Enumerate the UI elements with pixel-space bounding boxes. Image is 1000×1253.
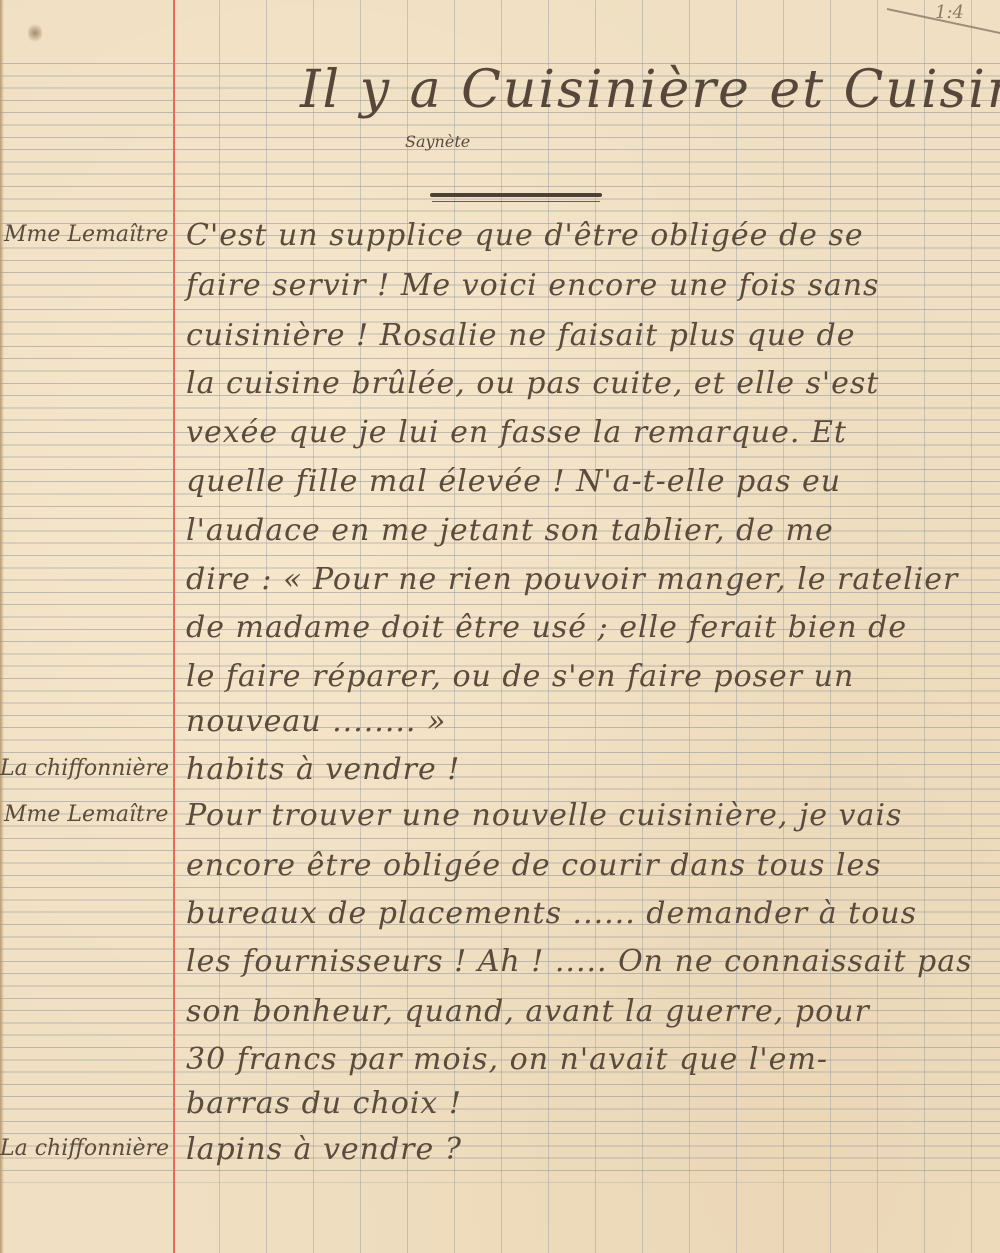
speaker-label: Mme Lemaître xyxy=(4,802,172,827)
speaker-label: Mme Lemaître xyxy=(4,222,172,247)
notebook-page: 1:4 Il y a Cuisinière et Cuisinière Sayn… xyxy=(0,0,1000,1253)
dialogue-line: Pour trouver une nouvelle cuisinière, je… xyxy=(186,798,902,833)
red-margin-line xyxy=(173,0,175,1253)
page-edge xyxy=(0,0,4,1253)
ink-stain xyxy=(28,22,42,44)
dialogue-line: barras du choix ! xyxy=(186,1086,462,1121)
dialogue-line: l'audace en me jetant son tablier, de me xyxy=(186,513,834,548)
title-underline-thick xyxy=(430,193,602,197)
speaker-label: La chiffonnière xyxy=(0,756,168,781)
dialogue-line: lapins à vendre ? xyxy=(186,1132,462,1167)
dialogue-line: nouveau ........ » xyxy=(186,704,446,739)
title-underline-thin xyxy=(432,201,600,202)
dialogue-line: bureaux de placements ...... demander à … xyxy=(186,896,917,931)
speaker-label: La chiffonnière xyxy=(0,1136,168,1161)
dialogue-line: faire servir ! Me voici encore une fois … xyxy=(186,268,879,303)
page-subtitle: Saynète xyxy=(405,132,470,151)
page-title: Il y a Cuisinière et Cuisinière xyxy=(300,60,1000,120)
dialogue-line: habits à vendre ! xyxy=(186,752,460,787)
dialogue-line: le faire réparer, ou de s'en faire poser… xyxy=(186,659,854,694)
dialogue-line: C'est un supplice que d'être obligée de … xyxy=(186,218,864,253)
dialogue-line: les fournisseurs ! Ah ! ..... On ne conn… xyxy=(186,944,972,979)
dialogue-line: encore être obligée de courir dans tous … xyxy=(186,848,882,883)
dialogue-line: la cuisine brûlée, ou pas cuite, et elle… xyxy=(186,366,879,401)
dialogue-line: son bonheur, quand, avant la guerre, pou… xyxy=(186,994,870,1029)
dialogue-line: quelle fille mal élevée ! N'a-t-elle pas… xyxy=(186,464,841,499)
page-number: 1:4 xyxy=(935,2,964,23)
dialogue-line: dire : « Pour ne rien pouvoir manger, le… xyxy=(186,562,958,597)
dialogue-line: 30 francs par mois, on n'avait que l'em- xyxy=(186,1042,828,1077)
dialogue-line: cuisinière ! Rosalie ne faisait plus que… xyxy=(186,318,856,353)
dialogue-line: vexée que je lui en fasse la remarque. E… xyxy=(186,415,847,450)
dialogue-line: de madame doit être usé ; elle ferait bi… xyxy=(186,610,907,645)
